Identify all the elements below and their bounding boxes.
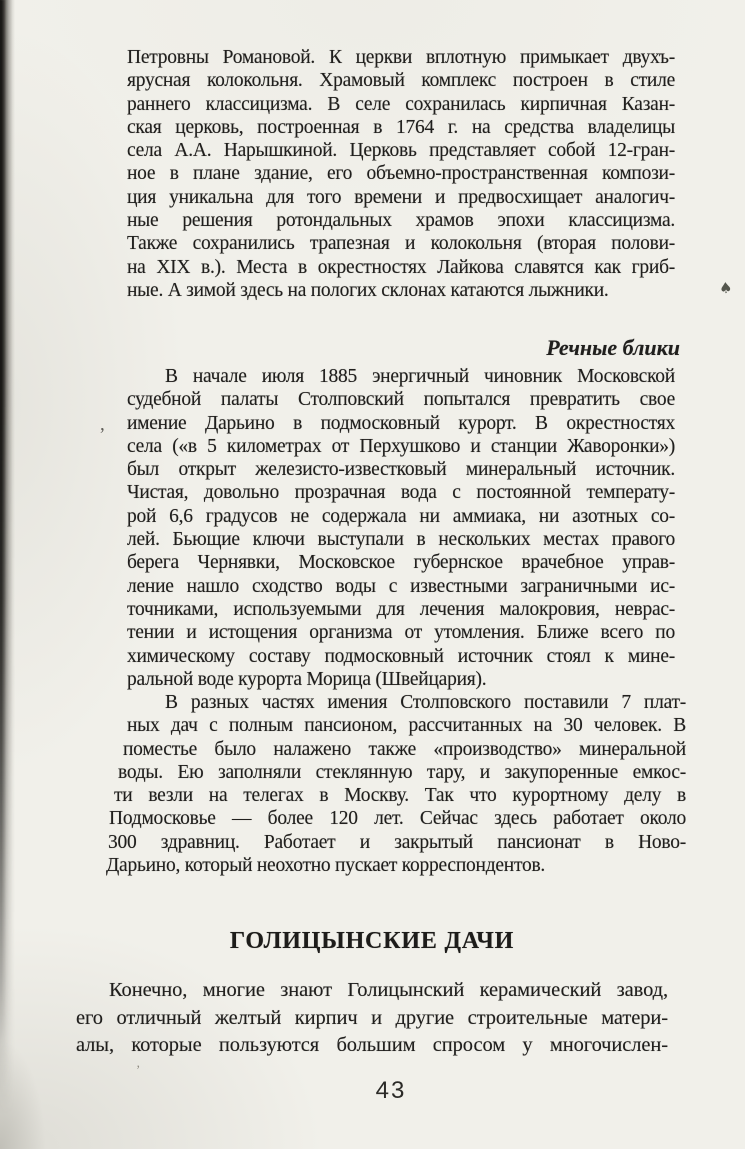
text-line: тении и истощения организма от утомления… xyxy=(127,621,675,644)
text-line: села А.А. Нарышкиной. Церковь представля… xyxy=(127,139,675,162)
chapter-heading: ГОЛИЦЫНСКИЕ ДАЧИ xyxy=(76,926,668,956)
text-line: ление нашло сходство воды с известными з… xyxy=(127,575,675,598)
text-line: Также сохранились трапезная и колокольня… xyxy=(127,232,675,255)
text-line: Подмосковье — более 120 лет. Сейчас здес… xyxy=(106,807,686,830)
scan-gutter-shadow-core xyxy=(0,0,6,1100)
text-line: раннего классицизма. В селе сохранилась … xyxy=(127,93,675,116)
text-line: ных дач с полным пансионом, рассчитанных… xyxy=(106,714,686,737)
paragraph-2: В начале июля 1885 энергичный чиновник М… xyxy=(127,365,675,691)
margin-comma-speck: , xyxy=(100,414,105,436)
text-line: Петровны Романовой. К церкви вплотную пр… xyxy=(127,46,675,69)
text-line: Дарьино, который неохотно пускает коррес… xyxy=(106,854,686,877)
margin-tick-speck: ’ xyxy=(136,1062,140,1078)
text-line: В разных частях имения Столповского пост… xyxy=(106,691,686,714)
text-line: Конечно, многие знают Голицынский керами… xyxy=(76,977,668,1005)
paragraph-1: Петровны Романовой. К церкви вплотную пр… xyxy=(127,46,675,302)
text-line: ральной воде курорта Морица (Швейцария). xyxy=(127,668,675,691)
text-line: поместье было налажено также «производст… xyxy=(106,738,686,761)
text-line: рой 6,6 градусов не содержала ни аммиака… xyxy=(127,505,675,528)
text-line: В начале июля 1885 энергичный чиновник М… xyxy=(127,365,675,388)
section-heading: Речные блики xyxy=(127,334,680,362)
text-line: 300 здравниц. Работает и закрытый пансио… xyxy=(106,831,686,854)
text-line: села («в 5 километрах от Перхушково и ст… xyxy=(127,435,675,458)
text-line: алы, которые пользуются большим спросом … xyxy=(76,1032,668,1060)
ink-speck: ♠ xyxy=(718,281,732,297)
text-line: был открыт железисто-известковый минерал… xyxy=(127,458,675,481)
text-line: судебной палаты Столповский попытался пр… xyxy=(127,388,675,411)
text-line: ция уникальна для того времени и предвос… xyxy=(127,186,675,209)
text-line: ярусная колокольня. Храмовый комплекс по… xyxy=(127,69,675,92)
text-line: на XIX в.). Места в окрестностях Лайкова… xyxy=(127,256,675,279)
paragraph-3: В разных частях имения Столповского пост… xyxy=(106,691,686,877)
text-line: ская церковь, построенная в 1764 г. на с… xyxy=(127,116,675,139)
text-line: имение Дарьино в подмосковный курорт. В … xyxy=(127,412,675,435)
scanned-book-page: Петровны Романовой. К церкви вплотную пр… xyxy=(0,0,745,1149)
text-line: химическому составу подмосковный источни… xyxy=(127,645,675,668)
text-line: ное в плане здание, его объемно-простран… xyxy=(127,162,675,185)
text-line: воды. Ею заполняли стеклянную тару, и за… xyxy=(106,761,686,784)
text-line: ные решения ротондальных храмов эпохи кл… xyxy=(127,209,675,232)
text-line: точниками, используемыми для лечения мал… xyxy=(127,598,675,621)
text-line: ные. А зимой здесь на пологих склонах ка… xyxy=(127,279,675,302)
paragraph-4: Конечно, многие знают Голицынский керами… xyxy=(76,977,668,1060)
text-line: Чистая, довольно прозрачная вода с посто… xyxy=(127,481,675,504)
text-line: лей. Бьющие ключи выступали в нескольких… xyxy=(127,528,675,551)
text-line: его отличный желтый кирпич и другие стро… xyxy=(76,1005,668,1033)
text-line: ти везли на телегах в Москву. Так что ку… xyxy=(106,784,686,807)
page-number: 43 xyxy=(356,1077,426,1105)
text-line: берега Чернявки, Московское губернское в… xyxy=(127,551,675,574)
